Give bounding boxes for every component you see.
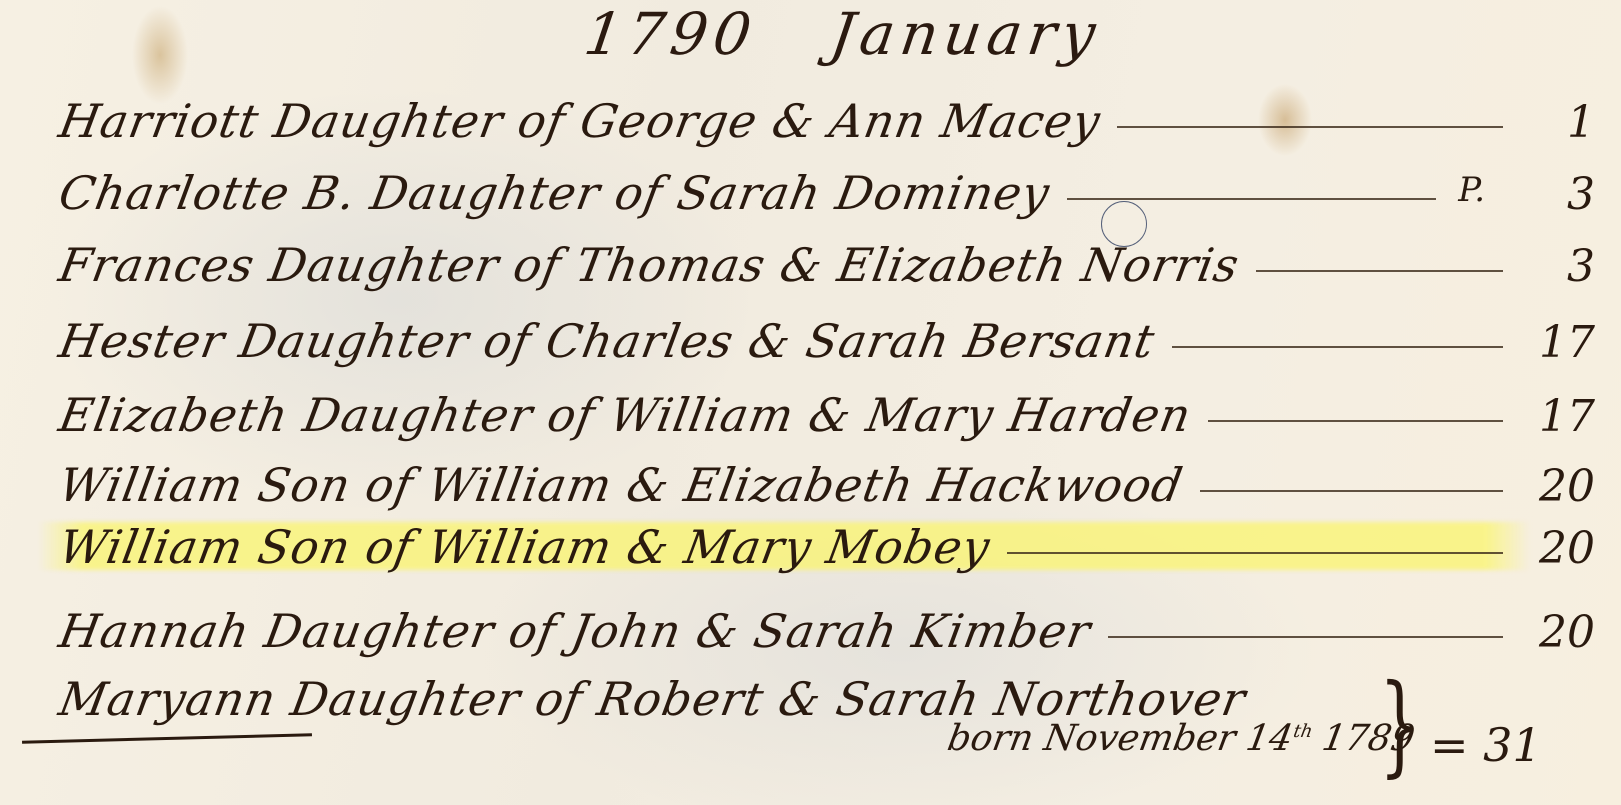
entry-mark: P.	[1458, 170, 1485, 210]
entry-dash	[1007, 552, 1503, 554]
page-header: 1790 January	[580, 0, 1105, 68]
register-entry: Frances Daughter of Thomas & Elizabeth N…	[55, 216, 1595, 292]
register-entry: Hannah Daughter of John & Sarah Kimber 2…	[55, 582, 1595, 658]
register-entry: Hester Daughter of Charles & Sarah Bersa…	[55, 292, 1595, 368]
entry-dash	[1208, 420, 1503, 422]
entry-day: 20	[1525, 523, 1595, 574]
cursor-ring-icon	[1101, 201, 1147, 247]
entry-dash	[1117, 126, 1503, 128]
entry-text: Charlotte B. Daughter of Sarah Dominey	[55, 166, 1054, 220]
entry-day-final: = 31	[1430, 718, 1542, 772]
register-entry: Elizabeth Daughter of William & Mary Har…	[55, 366, 1595, 442]
birth-note: born November 14th 1789	[944, 718, 1417, 759]
entry-dash	[1256, 270, 1503, 272]
entry-day: 3	[1525, 169, 1595, 220]
entry-day: 1	[1525, 97, 1595, 148]
brace-bracket: }	[1379, 660, 1421, 788]
register-entry: Charlotte B. Daughter of Sarah Dominey P…	[55, 144, 1595, 220]
entry-text: Harriott Daughter of George & Ann Macey	[55, 94, 1105, 148]
birth-note-text: born November 14	[944, 718, 1296, 759]
header-month: January	[826, 0, 1105, 68]
entry-day: 17	[1525, 317, 1595, 368]
entry-text: Frances Daughter of Thomas & Elizabeth N…	[55, 238, 1244, 292]
register-entry: Maryann Daughter of Robert & Sarah North…	[55, 650, 1595, 726]
entry-dash	[1067, 198, 1437, 200]
register-entry-highlighted: William Son of William & Mary Mobey 20	[55, 498, 1595, 574]
entry-dash	[1108, 636, 1503, 638]
entry-text: Elizabeth Daughter of William & Mary Har…	[55, 388, 1196, 442]
entry-day: 3	[1525, 241, 1595, 292]
header-year: 1790	[580, 0, 761, 68]
entry-dash	[1200, 490, 1503, 492]
entry-day: 17	[1525, 391, 1595, 442]
register-entry: Harriott Daughter of George & Ann Macey …	[55, 72, 1595, 148]
birth-note-sup: th	[1292, 721, 1315, 742]
entry-text: William Son of William & Mary Mobey	[55, 520, 994, 574]
entry-dash	[1172, 346, 1503, 348]
entry-text: Hester Daughter of Charles & Sarah Bersa…	[55, 314, 1159, 368]
